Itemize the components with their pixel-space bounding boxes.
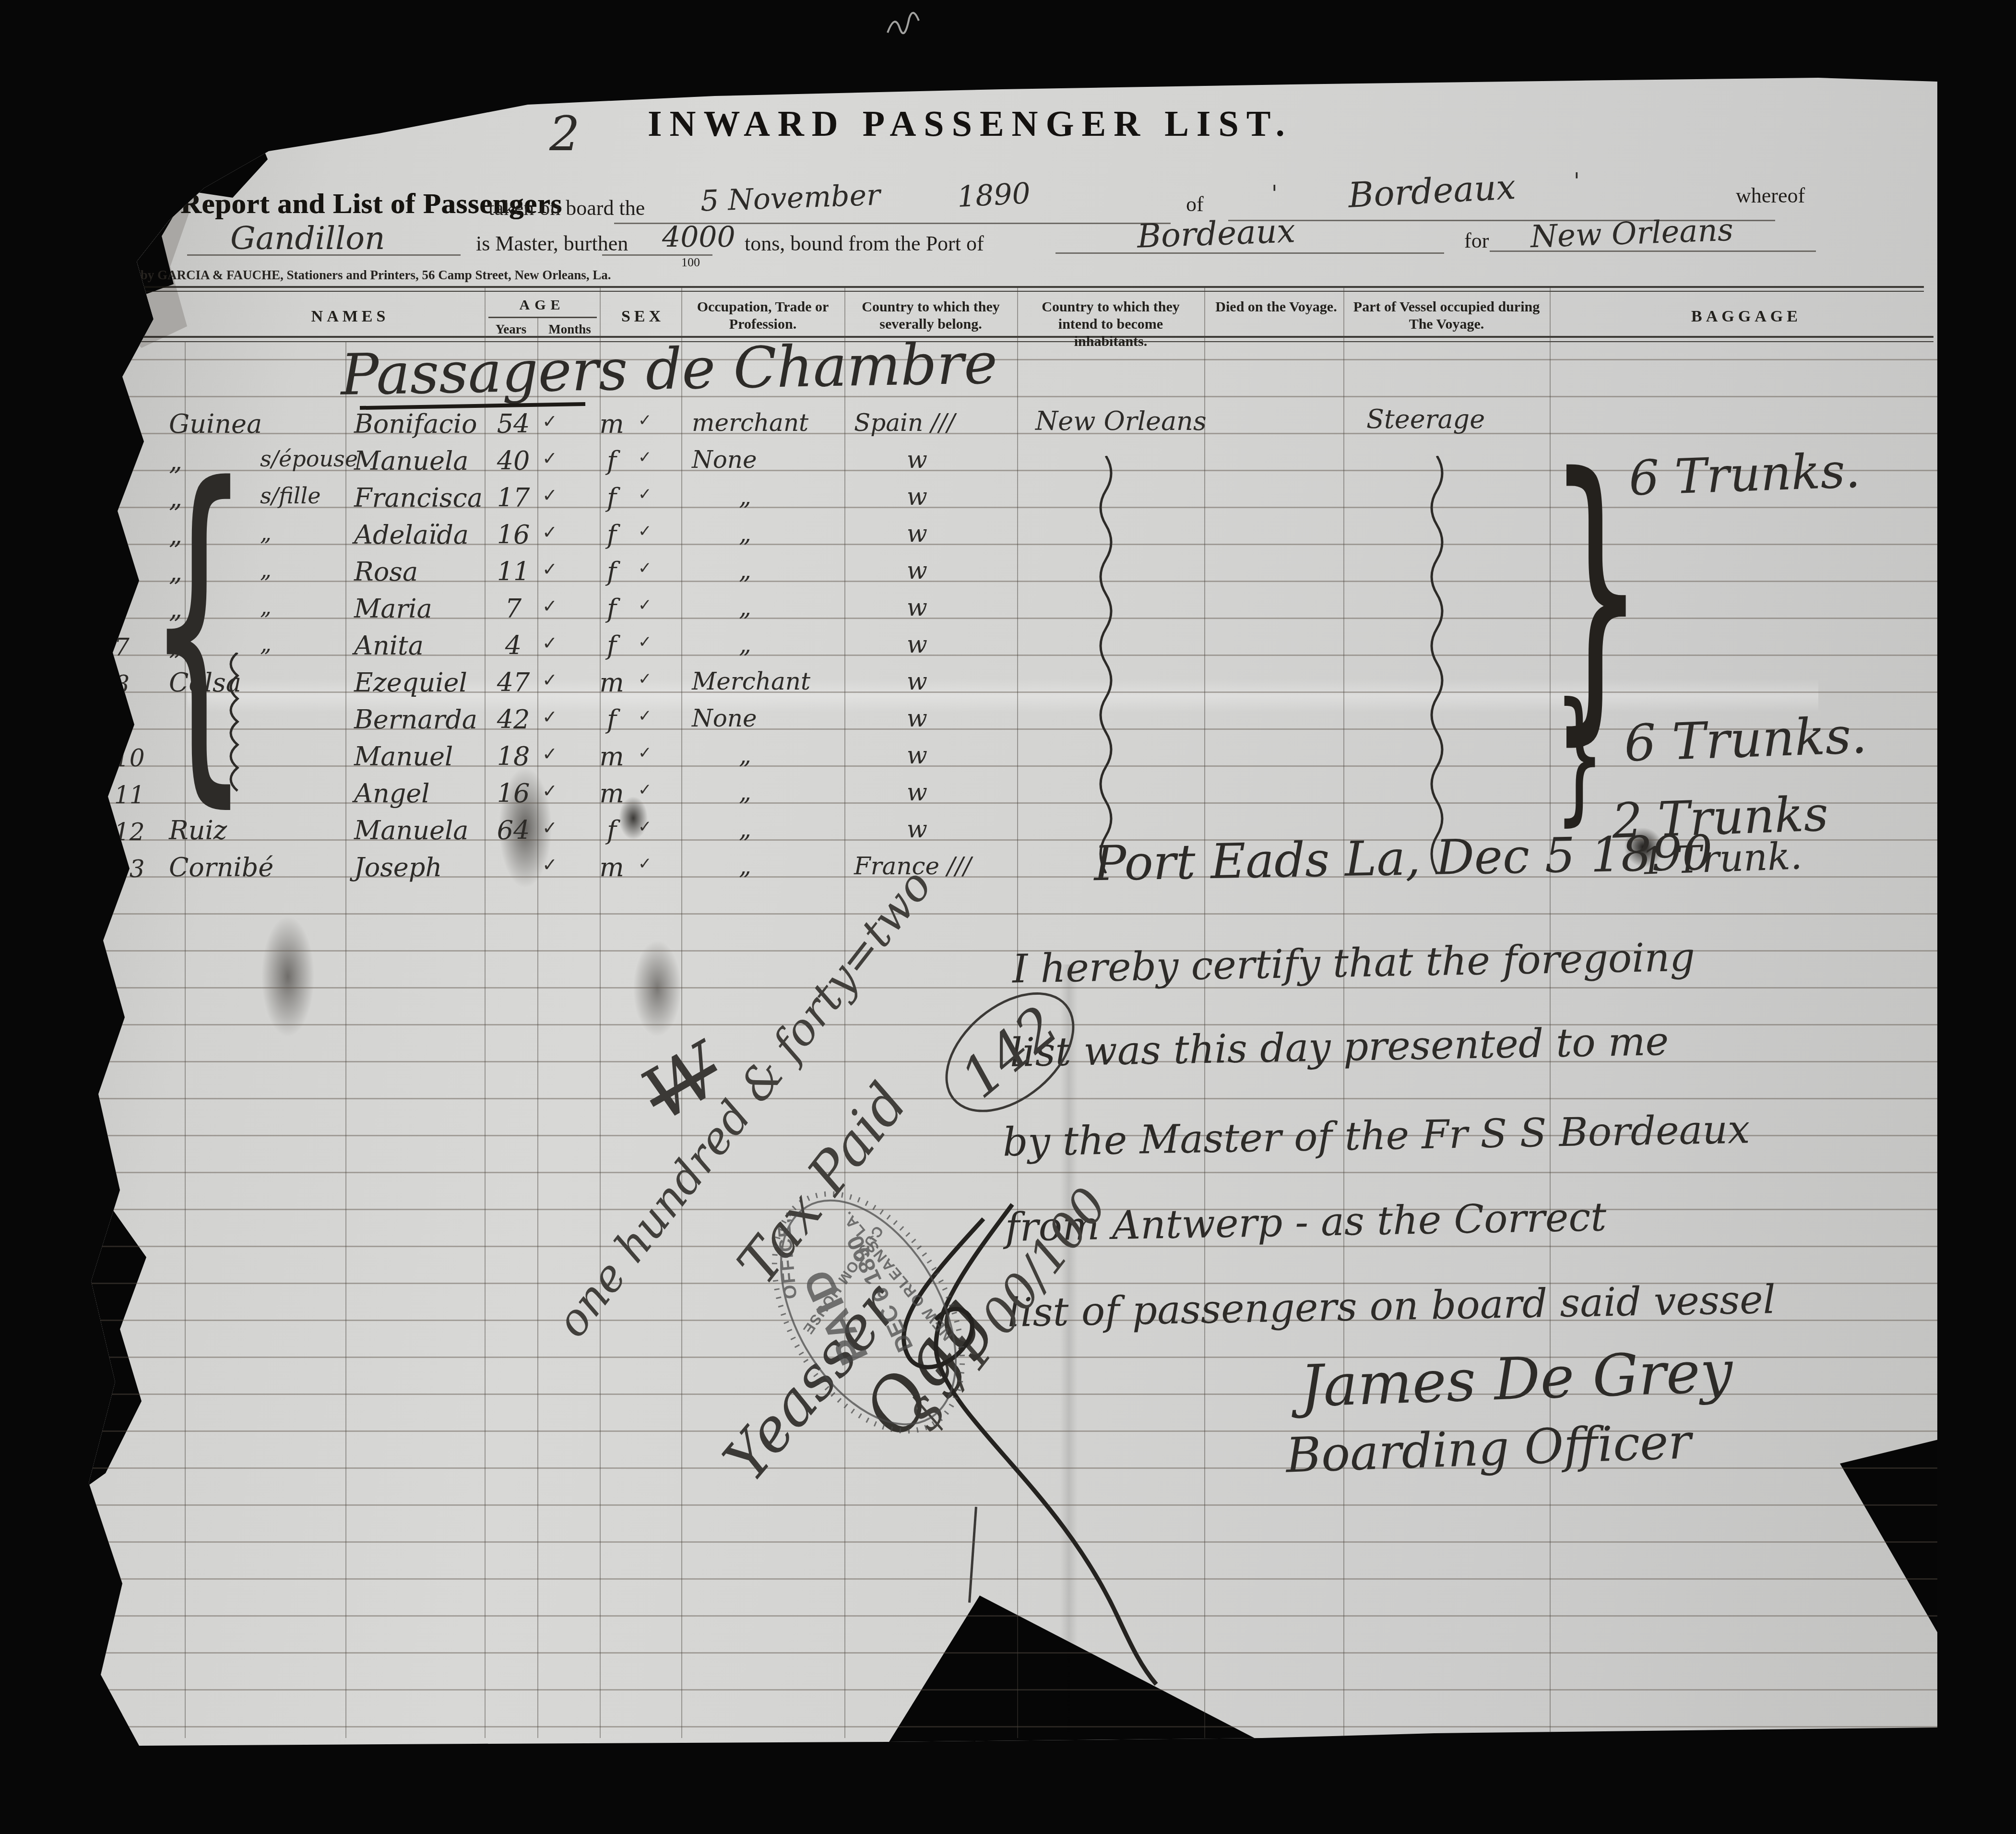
occupation: Merchant xyxy=(692,667,810,695)
baggage-brace-2: } xyxy=(1554,672,1605,839)
occupation: „ xyxy=(739,631,751,658)
sex: f xyxy=(595,704,629,735)
sex: m xyxy=(595,741,629,772)
occupation: „ xyxy=(739,483,751,511)
sex: m xyxy=(595,409,629,439)
age-years: 40 xyxy=(489,446,537,476)
occupation: None xyxy=(692,446,757,474)
age-years: 17 xyxy=(489,483,537,513)
check-mark: ✓ xyxy=(542,411,557,432)
vessel-part: Steerage xyxy=(1366,404,1485,434)
age-years: 64 xyxy=(489,815,537,846)
passenger-row: 7 „ „ Anita 4 ✓ f ✓ „ w xyxy=(43,631,1938,664)
ditto-wave-destination xyxy=(1089,456,1123,873)
sex: f xyxy=(595,815,629,846)
sex: f xyxy=(595,446,629,476)
row-number: 12 xyxy=(114,818,145,846)
relation-note: s/fille xyxy=(260,483,320,509)
age-years: 11 xyxy=(489,557,537,587)
age-years: 47 xyxy=(489,667,537,698)
bottom-left-nick xyxy=(43,1655,110,1747)
row-number: 10 xyxy=(114,744,145,772)
scanned-document-photo: 2 INWARD PASSENGER LIST. Report and List… xyxy=(0,0,2016,1834)
row-number: 11 xyxy=(114,781,145,809)
given-name: Francisca xyxy=(354,483,483,513)
check-mark: ✓ xyxy=(638,780,652,799)
country-belong: w xyxy=(907,631,927,658)
passenger-row: „ „ Adelaïda 16 ✓ f ✓ „ w xyxy=(43,520,1938,553)
age-years: 7 xyxy=(489,594,537,624)
check-mark: ✓ xyxy=(638,559,652,578)
check-mark: ✓ xyxy=(542,780,557,801)
age-years: 54 xyxy=(489,409,537,439)
certification-place-date: Port Eads La, Dec 5 1890 xyxy=(1093,825,1713,892)
check-mark: ✓ xyxy=(542,522,557,543)
relation-note: „ xyxy=(260,557,272,583)
check-mark: ✓ xyxy=(542,485,557,506)
passenger-row: 1 Guinea Bonifacio 54 ✓ m ✓ merchant Spa… xyxy=(43,409,1938,442)
given-name: Manuela xyxy=(354,446,468,476)
occupation: „ xyxy=(739,815,751,843)
occupation: „ xyxy=(739,594,751,621)
sex: m xyxy=(595,852,629,882)
relation-note: „ xyxy=(260,631,272,656)
given-name: Adelaïda xyxy=(354,520,469,550)
check-mark: ✓ xyxy=(542,743,557,764)
given-name: Angel xyxy=(354,778,430,809)
check-mark: ✓ xyxy=(542,817,557,838)
relation-note: „ xyxy=(260,594,272,619)
row-number: 13 xyxy=(114,855,145,883)
check-mark: ✓ xyxy=(638,595,652,615)
country-belong: w xyxy=(907,778,927,806)
sex: f xyxy=(595,594,629,624)
surname: Cornibé xyxy=(169,852,273,882)
check-mark: ✓ xyxy=(638,411,652,430)
occupation: „ xyxy=(739,778,751,806)
age-years: 4 xyxy=(489,631,537,661)
custom-house-stamp: OFFICE, CUSTOM HOUSE NEW ORLEANS, LA. PA… xyxy=(724,1144,1022,1490)
given-name: Ezequiel xyxy=(354,667,467,698)
manifest-page: 2 INWARD PASSENGER LIST. Report and List… xyxy=(43,77,1938,1747)
country-belong: w xyxy=(907,741,927,769)
check-mark: ✓ xyxy=(638,448,652,467)
occupation: „ xyxy=(739,741,751,769)
occupation: merchant xyxy=(692,409,808,437)
country-belong: w xyxy=(907,557,927,584)
ditto-wave-vessel-part xyxy=(1420,456,1454,873)
sex: m xyxy=(595,667,629,698)
check-mark: ✓ xyxy=(638,522,652,541)
occupation: „ xyxy=(739,852,751,880)
age-years: 18 xyxy=(489,741,537,772)
passenger-row: „ „ Maria 7 ✓ f ✓ „ w xyxy=(43,594,1938,627)
check-mark: ✓ xyxy=(542,706,557,727)
given-name: Manuel xyxy=(354,741,453,772)
passenger-row: 8 Colsa Ezequiel 47 ✓ m ✓ Merchant w xyxy=(43,667,1938,701)
sex: f xyxy=(595,483,629,513)
country-intend: New Orleans xyxy=(1035,406,1207,436)
country-belong: w xyxy=(907,704,927,732)
given-name: Bernarda xyxy=(354,704,477,735)
country-belong: w xyxy=(907,667,927,695)
occupation: „ xyxy=(739,520,751,548)
sex: m xyxy=(595,778,629,809)
passenger-rows: 1 Guinea Bonifacio 54 ✓ m ✓ merchant Spa… xyxy=(43,77,1938,1036)
check-mark: ✓ xyxy=(638,817,652,836)
country-belong: w xyxy=(907,815,927,843)
family-squiggle-colsa xyxy=(218,653,247,797)
check-mark: ✓ xyxy=(542,595,557,617)
check-mark: ✓ xyxy=(638,743,652,762)
given-name: Manuela xyxy=(354,815,468,846)
occupation: „ xyxy=(739,557,751,584)
given-name: Maria xyxy=(354,594,432,624)
given-name: Rosa xyxy=(354,557,418,587)
country-belong: w xyxy=(907,483,927,511)
sex: f xyxy=(595,557,629,587)
check-mark: ✓ xyxy=(638,706,652,726)
relation-note: „ xyxy=(260,520,272,546)
given-name: Bonifacio xyxy=(354,409,477,439)
country-belong: w xyxy=(907,520,927,548)
check-mark: ✓ xyxy=(638,854,652,873)
row-number: 9 xyxy=(114,707,130,735)
baggage-group2: 6 Trunks. xyxy=(1623,706,1868,773)
country-belong: w xyxy=(907,594,927,621)
check-mark: ✓ xyxy=(542,632,557,654)
row-number: 7 xyxy=(114,633,130,661)
sex: f xyxy=(595,520,629,550)
occupation: None xyxy=(692,704,757,732)
relation-note: s/épouse xyxy=(260,446,358,472)
age-years: 16 xyxy=(489,520,537,550)
given-name: Joseph xyxy=(354,852,442,882)
check-mark: ✓ xyxy=(542,854,557,875)
passenger-row: „ „ Rosa 11 ✓ f ✓ „ w xyxy=(43,557,1938,590)
check-mark: ✓ xyxy=(638,632,652,652)
age-years: 16 xyxy=(489,778,537,809)
given-name: Anita xyxy=(354,631,424,661)
sex: f xyxy=(595,631,629,661)
check-mark: ✓ xyxy=(542,448,557,469)
age-years: 42 xyxy=(489,704,537,735)
country-belong: Spain /// xyxy=(854,409,955,437)
check-mark: ✓ xyxy=(638,485,652,504)
left-edge-tears xyxy=(43,302,110,907)
row-number: 1 xyxy=(114,412,130,440)
check-mark: ✓ xyxy=(542,669,557,691)
check-mark: ✓ xyxy=(542,559,557,580)
row-number: 8 xyxy=(114,670,130,698)
check-mark: ✓ xyxy=(638,669,652,689)
baggage-group1: 6 Trunks. xyxy=(1628,442,1861,507)
margin-scratch-mark xyxy=(883,4,926,42)
country-belong: w xyxy=(907,446,927,474)
